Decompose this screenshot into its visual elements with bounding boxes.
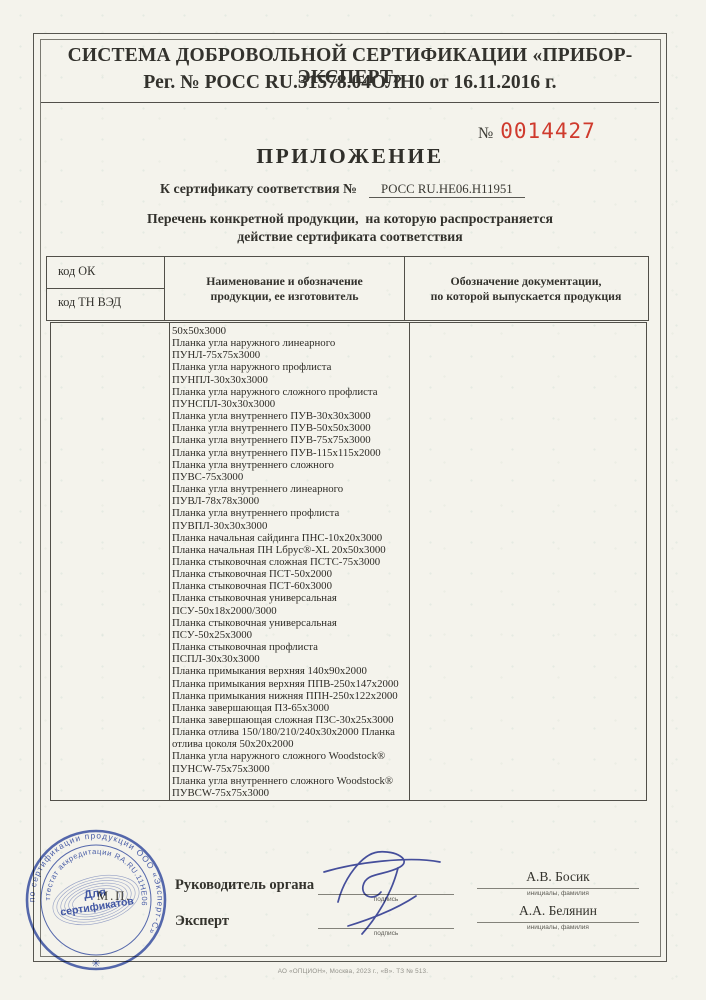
product-item: Планка угла внутреннего сложного ПУВС-75… bbox=[172, 459, 405, 483]
product-item: Планка отлива 150/180/210/240х30х2000 Пл… bbox=[172, 726, 405, 750]
table-body: 50х50х3000Планка угла наружного линеарно… bbox=[50, 322, 647, 801]
handwritten-signature-icon bbox=[318, 842, 458, 938]
product-item: Планка стыковочная универсальная ПСУ-50х… bbox=[172, 592, 405, 616]
column-code-ok: код ОК bbox=[58, 264, 95, 279]
product-item: Планка завершающая сложная ПЗС-30х25х300… bbox=[172, 714, 405, 726]
table-header: код ОК код ТН ВЭД Наименование и обознач… bbox=[46, 256, 649, 321]
print-shop-imprint: АО «ОПЦИОН», Москва, 2023 г., «В». ТЗ № … bbox=[0, 968, 706, 975]
certificate-reference: К сертификату соответствия №РОСС RU.НЕ06… bbox=[160, 180, 525, 198]
product-item: Планка угла наружного профлиста ПУНПЛ-30… bbox=[172, 361, 405, 385]
serial-number-value: 0014427 bbox=[500, 119, 596, 143]
table-body-divider-1 bbox=[169, 323, 170, 800]
subtitle-line-2: действие сертификата соответствия bbox=[41, 229, 659, 245]
certificate-reference-label: К сертификату соответствия № bbox=[160, 181, 357, 196]
product-item: Планка примыкания верхняя 140х90х2000 bbox=[172, 665, 405, 677]
certificate-number: РОСС RU.НЕ06.Н11951 bbox=[369, 182, 525, 198]
table-body-divider-2 bbox=[409, 323, 410, 800]
product-item: Планка угла наружного сложного Woodstock… bbox=[172, 750, 405, 774]
head-name-block: А.В. Босик инициалы, фамилия bbox=[477, 869, 639, 897]
round-certification-stamp-icon: Орган по сертификации продукции ООО «Экс… bbox=[20, 822, 172, 978]
product-item: Планка угла наружного линеарного ПУНЛ-75… bbox=[172, 337, 405, 361]
expert-name-block: А.А. Белянин инициалы, фамилия bbox=[477, 903, 639, 931]
product-item: Планка стыковочная универсальная ПСУ-50х… bbox=[172, 617, 405, 641]
code-cell-divider bbox=[47, 288, 164, 289]
product-item: Планка начальная ПН Lбрус®-XL 20х50х3000 bbox=[172, 544, 405, 556]
expert-name-caption: инициалы, фамилия bbox=[477, 924, 639, 931]
expert-label: Эксперт bbox=[175, 913, 229, 930]
product-item: Планка стыковочная сложная ПСТС-75х3000 bbox=[172, 556, 405, 568]
product-item: Планка примыкания нижняя ППН-250х122х200… bbox=[172, 690, 405, 702]
product-item: Планка угла внутреннего профлиста ПУВПЛ-… bbox=[172, 507, 405, 531]
product-item: Планка угла внутреннего ПУВ-30х30х3000 bbox=[172, 410, 405, 422]
certificate-appendix-page: СИСТЕМА ДОБРОВОЛЬНОЙ СЕРТИФИКАЦИИ «ПРИБО… bbox=[0, 0, 706, 1000]
product-item: Планка стыковочная ПСТ-60х3000 bbox=[172, 580, 405, 592]
product-item: Планка угла внутреннего ПУВ-50х50х3000 bbox=[172, 422, 405, 434]
product-item: Планка угла наружного сложного профлиста… bbox=[172, 386, 405, 410]
product-item: Планка стыковочная профлиста ПСПЛ-30х30х… bbox=[172, 641, 405, 665]
product-item: 50х50х3000 bbox=[172, 325, 405, 337]
column-documentation: Обозначение документации, по которой вып… bbox=[405, 257, 647, 320]
product-item: Планка угла внутреннего линеарного ПУВЛ-… bbox=[172, 483, 405, 507]
head-name: А.В. Босик bbox=[477, 869, 639, 889]
product-item: Планка угла внутреннего сложного Woodsto… bbox=[172, 775, 405, 799]
product-item: Планка примыкания верхняя ППВ-250х147х20… bbox=[172, 678, 405, 690]
registration-number-line: Рег. № РОСС RU.31578.04ОЛН0 от 16.11.201… bbox=[41, 72, 659, 94]
document-title: ПРИЛОЖЕНИЕ bbox=[41, 144, 659, 169]
product-item: Планка угла внутреннего ПУВ-75х75х3000 bbox=[172, 434, 405, 446]
product-item: Планка стыковочная ПСТ-50х2000 bbox=[172, 568, 405, 580]
head-name-caption: инициалы, фамилия bbox=[477, 890, 639, 897]
header-divider-line bbox=[41, 102, 659, 103]
product-item: Планка завершающая ПЗ-65х3000 bbox=[172, 702, 405, 714]
form-serial: №0014427 bbox=[478, 119, 596, 143]
column-code-tnved: код ТН ВЭД bbox=[58, 295, 121, 310]
product-list: 50х50х3000Планка угла наружного линеарно… bbox=[172, 325, 405, 799]
serial-number-sign: № bbox=[478, 125, 493, 142]
product-item: Планка угла внутреннего ПУВ-115х115х2000 bbox=[172, 447, 405, 459]
column-product-name: Наименование и обозначение продукции, ее… bbox=[165, 257, 404, 320]
subtitle-line-1: Перечень конкретной продукции, на котору… bbox=[41, 211, 659, 227]
expert-name: А.А. Белянин bbox=[477, 903, 639, 923]
product-item: Планка начальная сайдинга ПНС-10х20х3000 bbox=[172, 532, 405, 544]
head-of-body-label: Руководитель органа bbox=[175, 877, 314, 894]
